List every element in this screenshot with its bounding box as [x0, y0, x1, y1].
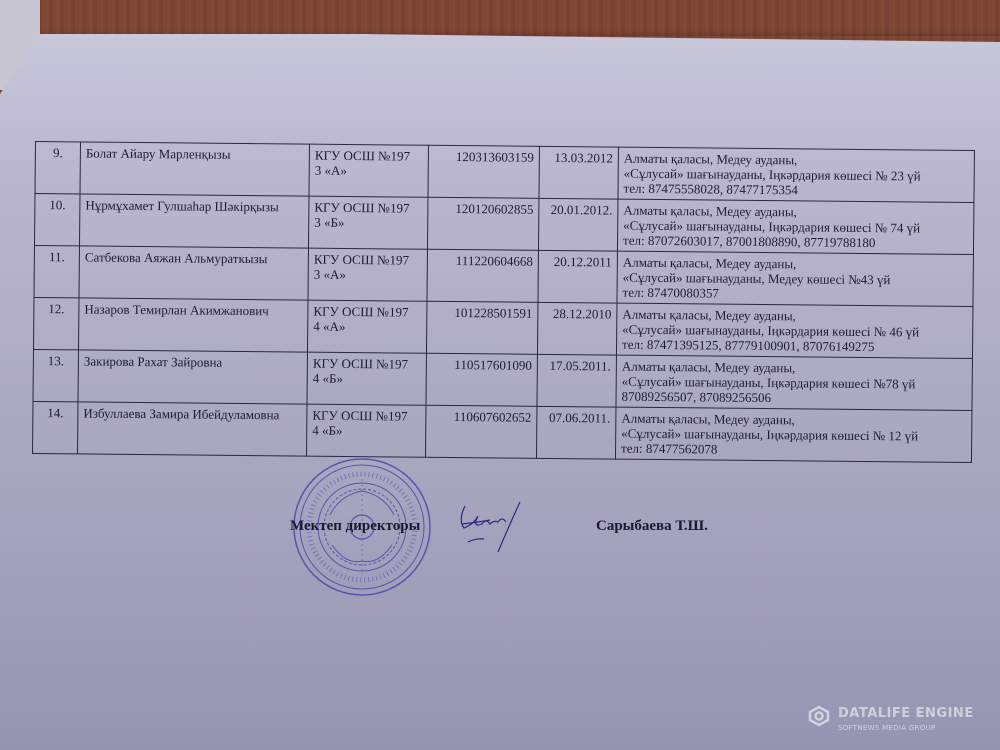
student-name: Назаров Темирлан Акимжанович: [78, 298, 307, 352]
datalife-logo-icon: [808, 705, 830, 727]
row-number: 13.: [33, 349, 78, 401]
birth-date: 07.06.2011.: [536, 406, 615, 459]
num: 9.: [53, 145, 63, 160]
num: 12.: [48, 301, 64, 316]
table-row: 14. Избуллаева Замира Ибейдуламовна КГУ …: [33, 401, 972, 462]
address-contact: Алматы қаласы, Медеу ауданы, «Сұлусай» ш…: [616, 303, 972, 358]
dob: 13.03.2012: [554, 150, 613, 166]
num: 11.: [49, 249, 65, 264]
student-name: Закирова Рахат Зайровна: [78, 350, 307, 404]
school-line2: 4 «Б»: [312, 423, 420, 439]
num: 14.: [47, 405, 63, 420]
school-line2: 4 «Б»: [313, 371, 421, 387]
address-contact: Алматы қаласы, Медеу ауданы, «Сұлусай» ш…: [615, 407, 971, 462]
birth-date: 28.12.2010: [537, 302, 616, 355]
school-class: КГУ ОСШ №197 4 «А»: [307, 300, 426, 353]
dob: 28.12.2010: [553, 306, 612, 322]
birth-date: 20.12.2011: [538, 250, 617, 303]
school-class: КГУ ОСШ №197 4 «Б»: [306, 404, 425, 457]
dob: 07.06.2011.: [549, 410, 610, 426]
num: 13.: [48, 353, 64, 368]
student-list-table: 9. Болат Айару Марленқызы КГУ ОСШ №197 3…: [32, 141, 975, 463]
address-contact: Алматы қаласы, Медеу ауданы, «Сұлусай» ш…: [617, 199, 973, 254]
school-line2: 3 «А»: [315, 163, 423, 179]
dob: 17.05.2011.: [550, 358, 611, 374]
school-line1: КГУ ОСШ №197: [314, 252, 422, 268]
iin-number: 110517601090: [426, 353, 537, 406]
addr-line3: тел: 87470080357: [623, 285, 968, 303]
dob: 20.01.2012.: [551, 202, 613, 218]
school-line2: 3 «Б»: [314, 215, 422, 231]
birth-date: 17.05.2011.: [537, 354, 616, 407]
school-line1: КГУ ОСШ №197: [315, 148, 423, 164]
iin: 120313603159: [456, 149, 534, 165]
row-number: 11.: [34, 245, 79, 297]
watermark-title: DATALIFE ENGINE: [838, 706, 974, 721]
birth-date: 13.03.2012: [539, 146, 618, 199]
table-row: 11. Сатбекова Аяжан Альмураткызы КГУ ОСШ…: [34, 245, 973, 306]
name: Сатбекова Аяжан Альмураткызы: [85, 249, 268, 266]
iin: 110517601090: [454, 357, 532, 373]
student-name: Нұрмұхамет Гулшаһар Шәкірқызы: [79, 194, 308, 248]
iin-number: 120313603159: [428, 145, 539, 198]
name: Избуллаева Замира Ибейдуламовна: [83, 405, 279, 422]
table-row: 13. Закирова Рахат Зайровна КГУ ОСШ №197…: [33, 349, 972, 410]
name: Назаров Темирлан Акимжанович: [84, 301, 269, 318]
table-row: 10. Нұрмұхамет Гулшаһар Шәкірқызы КГУ ОС…: [34, 194, 973, 255]
row-number: 14.: [33, 401, 78, 453]
school-class: КГУ ОСШ №197 3 «А»: [309, 144, 428, 197]
student-name: Сатбекова Аяжан Альмураткызы: [79, 246, 308, 300]
name: Нұрмұхамет Гулшаһар Шәкірқызы: [85, 197, 279, 214]
table-row: 9. Болат Айару Марленқызы КГУ ОСШ №197 3…: [35, 142, 974, 203]
num: 10.: [49, 197, 65, 212]
birth-date: 20.01.2012.: [538, 198, 617, 251]
row-number: 10.: [34, 194, 79, 246]
student-name: Болат Айару Марленқызы: [80, 142, 309, 196]
name: Болат Айару Марленқызы: [86, 145, 231, 161]
address-contact: Алматы қаласы, Медеу ауданы, «Сұлусай» ш…: [618, 147, 974, 202]
iin: 120120602855: [455, 201, 533, 217]
school-line1: КГУ ОСШ №197: [313, 304, 421, 320]
watermark-subtitle: SOFTNEWS MEDIA GROUP: [838, 724, 935, 732]
school-line2: 3 «А»: [314, 267, 422, 283]
director-title: Мектеп директоры: [290, 518, 420, 535]
iin: 110607602652: [454, 409, 532, 425]
name: Закирова Рахат Зайровна: [84, 353, 222, 369]
row-number: 9.: [35, 142, 80, 194]
iin: 101228501591: [454, 305, 532, 321]
table-row: 12. Назаров Темирлан Акимжанович КГУ ОСШ…: [33, 297, 972, 358]
signature-icon: [450, 498, 535, 558]
address-contact: Алматы қаласы, Медеу ауданы, «Сұлусай» ш…: [616, 355, 972, 410]
student-name: Избуллаева Замира Ибейдуламовна: [77, 402, 306, 456]
school-line2: 4 «А»: [313, 319, 421, 335]
iin-number: 120120602855: [427, 197, 538, 250]
director-name: Сарыбаева Т.Ш.: [596, 518, 708, 535]
school-class: КГУ ОСШ №197 3 «А»: [308, 248, 427, 301]
school-class: КГУ ОСШ №197 3 «Б»: [308, 196, 427, 249]
iin-number: 101228501591: [426, 301, 537, 354]
address-contact: Алматы қаласы, Медеу ауданы, «Сұлусай» ш…: [617, 251, 973, 306]
school-line1: КГУ ОСШ №197: [313, 356, 421, 372]
school-line1: КГУ ОСШ №197: [312, 408, 420, 424]
iin-number: 110607602652: [425, 405, 536, 458]
school-class: КГУ ОСШ №197 4 «Б»: [307, 352, 426, 405]
row-number: 12.: [33, 297, 78, 349]
iin: 111220604668: [456, 253, 533, 269]
dob: 20.12.2011: [554, 254, 612, 270]
school-line1: КГУ ОСШ №197: [314, 200, 422, 216]
iin-number: 111220604668: [427, 249, 538, 302]
